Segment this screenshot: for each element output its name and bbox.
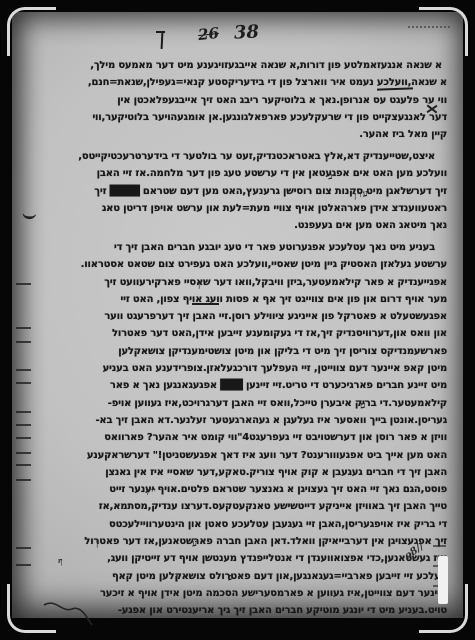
- text-line: קילאמעטער.די בריק איבערן טייכל,וואס זיי …: [26, 396, 447, 413]
- margin-dash: [16, 411, 31, 413]
- typed-text-block: א שנאה אנגעזאמלטע פון דורות,א שנאה אייבג…: [26, 58, 447, 621]
- pen-mark: [161, 32, 164, 49]
- text-line: מיט זיינע חברים פארגיכערט די טריט.זיי זי…: [26, 378, 447, 395]
- text-line: א שנאה,וועלכע נעמט איר ווארצל פון די ביד…: [26, 75, 447, 92]
- margin-dash: [16, 452, 31, 454]
- text-line: מער אויף דרום און פון אים צווייגט זיך אף…: [26, 292, 447, 309]
- page-number-area: 26 38: [198, 22, 259, 43]
- margin-dash: [16, 479, 31, 481]
- text-line: דער לאנגעצקייט פון די שרעקלעכע פארפאלגונ…: [26, 110, 447, 127]
- text-line: אפגייענדיק א פאר קילאמעטער,ביזן וויבקל,ו…: [26, 275, 447, 292]
- paragraph: בעניע מיט נאך עטלעכע אפגערוטע פאר די טעג…: [26, 240, 447, 621]
- scanned-page: 26 38 א שנאה אנגעזאמלטע פון דורות,א שנאה…: [0, 0, 475, 640]
- text-line: איצט,שטייענדיק דא,אלץ באטראכטנדיק,זעט ער…: [26, 149, 447, 166]
- text-line: קיין מאל ביז אהער.: [26, 127, 447, 144]
- text-line: מיטן קאפ איינער דעם צווייטן, זיי העפלעך …: [26, 361, 447, 378]
- text-line: און וואס און,דערוויסנדיק זיך,אז די געקומ…: [26, 326, 447, 343]
- corner-bracket: [419, 7, 468, 56]
- page-number-crossed-out: 26: [197, 24, 220, 44]
- text-line: פארשעמנדיקס צוריסן זיך מיט די בליקן און …: [26, 344, 447, 361]
- text-line: געריסן.אונטן בייך וואסער איז געלעגן א גע…: [26, 413, 447, 430]
- paper: 26 38 א שנאה אנגעזאמלטע פון דורות,א שנאה…: [12, 12, 463, 618]
- text-line: ערשטע געלאזן האסטיק גיין מיטן שאסיי,וועל…: [26, 257, 447, 274]
- margin-dash: [16, 424, 31, 426]
- text-line: די בריק איז אויפגעריסן,האבן זיי געגעבן ע…: [26, 517, 447, 534]
- pen-bracket: ): [20, 213, 38, 221]
- margin-dash: [16, 327, 31, 329]
- text-line: האט מען אייך ביט אפגעווורענט? דער וועג א…: [26, 448, 447, 465]
- text-line: פוסט,הגם נאך זיי האט זיך געצויגן א גאנצע…: [26, 482, 447, 499]
- text-line: ווי ער פלעגט עס אנרופן.נאך א בלוטיקער רי…: [26, 93, 447, 110]
- margin-dash: [16, 283, 31, 285]
- text-line: זיך אפגעצויגן אין דערבייאיקן וואלד.דאן ה…: [26, 534, 447, 551]
- margin-dash: [16, 464, 31, 466]
- margin-dash: [433, 545, 446, 547]
- corner-bracket: [7, 7, 56, 56]
- text-line: טייך האבן זיך באוויזן אייניקע דייטשישע ט…: [26, 499, 447, 516]
- text-line: אפגעשטעלט א פאטרקל פון אייניגע ציווילע ר…: [26, 309, 447, 326]
- text-line: זיך דערשלאגן מיט סקנות צום רוסישן גרענעץ…: [26, 184, 447, 201]
- text-line: וויזן א פאר רוסן און דערשטויבט זיי געפרע…: [26, 430, 447, 447]
- page-number: 38: [233, 21, 259, 43]
- text-line: איז געשטאנען,כדי אפצואווענדן די אנטלייפנ…: [26, 551, 447, 568]
- corner-bracket: [7, 584, 56, 633]
- margin-dash: [16, 382, 31, 384]
- handwritten-correction: ײל: [145, 485, 158, 498]
- text-line: וועלכע מען האט אים אפגעטאן אין די ערשטע …: [26, 166, 447, 183]
- text-line: נאך מיטאג האט מען אים געעפנט.: [26, 218, 447, 235]
- margin-dash: [16, 341, 31, 343]
- text-line: א שנאה אנגעזאמלטע פון דורות,א שנאה אייבג…: [26, 58, 447, 75]
- text-line: בעניע מיט נאך עטלעכע אפגערוטע פאר די טעג…: [26, 240, 447, 257]
- scan-artifact-bar: [438, 556, 448, 604]
- paragraph: איצט,שטייענדיק דא,אלץ באטראכטנדיק,זעט ער…: [26, 149, 447, 235]
- pen-underline: [192, 303, 219, 305]
- text-line: ראטעווענדצ אידן פארהאלטן אויף צוויי מעת=…: [26, 201, 447, 218]
- margin-dash: [16, 369, 31, 371]
- margin-dash: [16, 564, 31, 566]
- paragraph: א שנאה אנגעזאמלטע פון דורות,א שנאה אייבג…: [26, 58, 447, 144]
- text-line: וועלכע זיי זייבען פארביי=געגאנגען,און דע…: [26, 569, 447, 586]
- margin-dash: [16, 437, 31, 439]
- pen-mark: [156, 31, 165, 33]
- margin-dash: [16, 547, 31, 549]
- text-line: האבן זיך די חברים געגעבן א קוק אויף צורי…: [26, 465, 447, 482]
